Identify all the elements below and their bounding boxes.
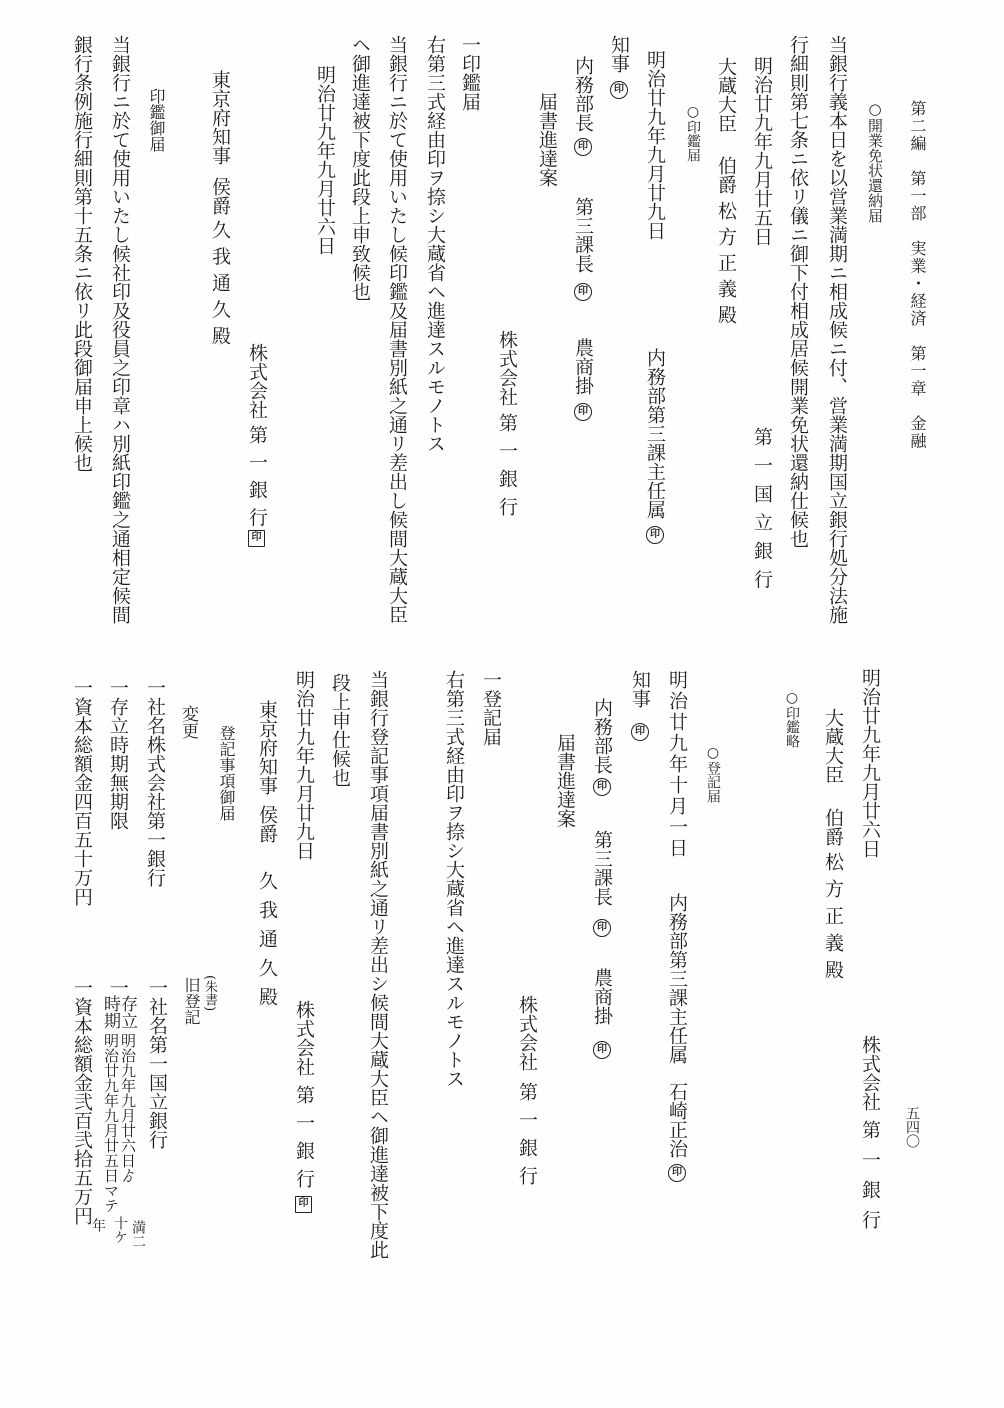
old-entry-term-length: 年	[91, 1218, 105, 1232]
draft-title: 届書進達案	[555, 733, 574, 828]
page-number: 五四〇	[905, 1106, 919, 1148]
approval-agriculture-commerce: 農商掛	[592, 968, 611, 1025]
square-seal-icon: 印	[295, 1196, 312, 1213]
form-title: 登記事項御届	[218, 725, 234, 821]
old-entry-term-label: 時期	[101, 995, 118, 1029]
addressee-name: 久我通久殿	[257, 871, 276, 1016]
company-name: 第一銀行	[517, 1082, 536, 1194]
item-title: 一登記届	[481, 670, 500, 746]
red-ink-note: (朱書)	[203, 975, 216, 1011]
old-entry-term-length: 十ケ	[113, 1216, 127, 1244]
instruction: 右第三式経由印ヲ捺シ大蔵省ヘ進達スルモノトス	[444, 670, 463, 1088]
document-page: 第二編 第一部 実業・経済 第一章 金融 ○開業免状還納届 当銀行義本日を以営業…	[0, 0, 1004, 1408]
seal-stamp-icon: 印	[593, 919, 611, 937]
old-entry-term-label: 存立	[118, 995, 135, 1029]
old-entry-company-name: 一社名第一国立銀行	[147, 978, 166, 1149]
old-entry-capital: 一資本総額金弐百弐拾五万円	[72, 978, 91, 1225]
seal-stamp-icon: 印	[593, 1041, 611, 1059]
approval-governor: 知事	[630, 670, 649, 708]
body-line: 当銀行登記事項届書別紙之通リ差出シ候間大蔵大臣ヘ御進達被下度此	[368, 670, 387, 1259]
addressee-name: 松方正義殿	[823, 852, 842, 987]
body-line: 段上申仕候也	[330, 673, 349, 787]
approval-director: 内務部長	[592, 698, 611, 774]
addressee-title: 大蔵大臣	[823, 708, 842, 784]
addressee-title: 東京府知事	[257, 700, 276, 795]
company-type: 株式会社	[294, 1000, 313, 1076]
approval-section-chief: 第三課長	[592, 830, 611, 906]
seal-stamp-icon: 印	[631, 723, 649, 741]
date: 明治廿九年十月一日	[667, 670, 686, 859]
drafter: 内務部第三課主任属	[667, 893, 686, 1064]
section-heading-toki: ○登記届	[706, 745, 720, 803]
new-entry-company-name: 一社名株式会社第一銀行	[145, 678, 164, 887]
company-type: 株式会社	[860, 1035, 879, 1111]
addressee-rank: 侯爵	[257, 805, 276, 843]
seal-omitted-note: ○印鑑略	[785, 690, 799, 748]
date: 明治廿九年九月廿六日	[860, 668, 879, 858]
addressee-rank: 伯爵	[823, 808, 842, 846]
drafter-name: 石崎正治	[667, 1082, 686, 1158]
old-entry-term-start: 明治九年九月廿六日ゟ	[120, 1033, 135, 1183]
company-type: 株式会社	[517, 995, 536, 1071]
new-entry-term: 一存立時期無期限	[108, 678, 127, 830]
seal-stamp-icon: 印	[668, 1164, 686, 1182]
company-name: 第一銀行	[860, 1120, 879, 1240]
old-registration-label: 旧登記	[183, 977, 199, 1025]
seal-stamp-icon: 印	[593, 778, 611, 796]
change-label: 変更	[179, 705, 196, 739]
new-entry-capital: 一資本総額金四百五十万円	[72, 678, 91, 906]
old-entry-term-length: 満二	[131, 1220, 145, 1248]
old-entry-term-end: 明治廿九年九月廿五日マテ	[103, 1033, 118, 1213]
date: 明治廿九年九月廿九日	[294, 670, 313, 860]
company-name: 第一銀行	[294, 1085, 313, 1197]
bottom-half: 五四〇 明治廿九年九月廿六日 株式会社 第一銀行 大蔵大臣 伯爵 松方正義殿 ○…	[0, 0, 1004, 1408]
